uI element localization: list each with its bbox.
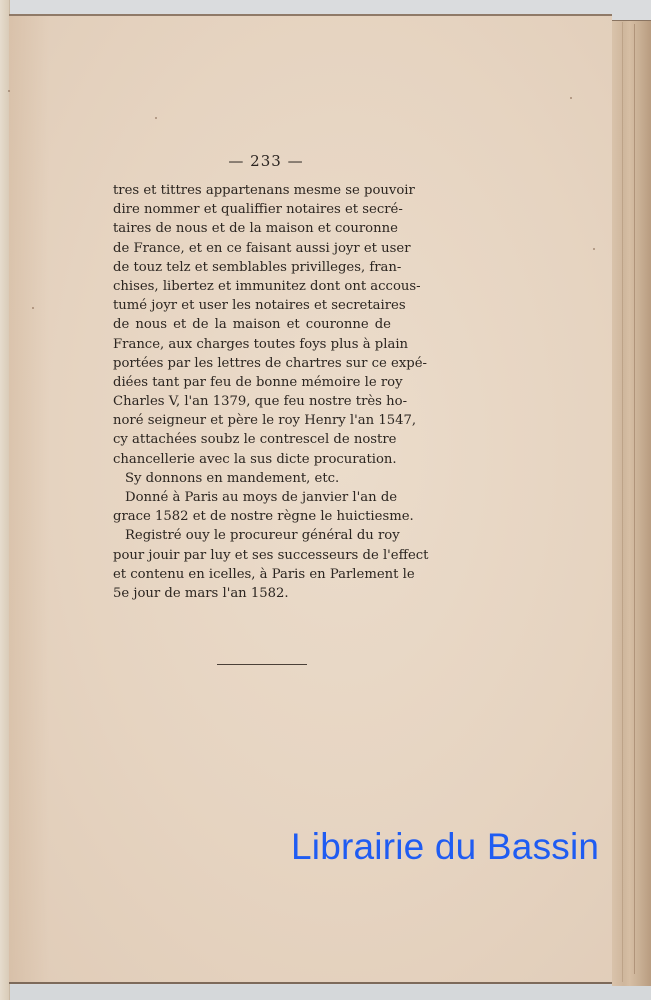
text-line: Sy donnons en mandement, etc. — [113, 469, 391, 488]
text-line: tumé joyr et user les notaires et secret… — [113, 296, 391, 315]
text-line: Charles V, l'an 1379, que feu nostre trè… — [113, 392, 391, 411]
page-stack-line — [634, 24, 635, 974]
page-number: — 233 — — [0, 152, 532, 170]
watermark-text: Librairie du Bassin — [291, 826, 599, 868]
page-stack-line — [622, 22, 623, 982]
paper-speck — [32, 307, 34, 309]
text-line: Registré ouy le procureur général du roy — [113, 526, 391, 545]
paper-speck — [8, 90, 10, 92]
page-stack-edges — [612, 20, 651, 986]
text-line: noré seigneur et père le roy Henry l'an … — [113, 411, 391, 430]
section-divider-rule — [217, 664, 307, 665]
text-line: de nous et de la maison et couronne de — [113, 315, 391, 334]
paper-speck — [155, 117, 157, 119]
text-line: cy attachées soubz le contrescel de nost… — [113, 430, 391, 449]
text-line: portées par les lettres de chartres sur … — [113, 354, 391, 373]
page-body-text: tres et tittres appartenans mesme se pou… — [113, 181, 391, 603]
text-line: pour jouir par luy et ses successeurs de… — [113, 546, 391, 565]
text-line: de touz telz et semblables privilleges, … — [113, 258, 391, 277]
text-line: de France, et en ce faisant aussi joyr e… — [113, 239, 391, 258]
text-line: 5e jour de mars l'an 1582. — [113, 584, 391, 603]
text-line: Donné à Paris au moys de janvier l'an de — [113, 488, 391, 507]
text-line: France, aux charges toutes foys plus à p… — [113, 335, 391, 354]
text-line: chises, libertez et immunitez dont ont a… — [113, 277, 391, 296]
background-bottom — [0, 985, 651, 1000]
text-line: et contenu en icelles, à Paris en Parlem… — [113, 565, 391, 584]
text-line: tres et tittres appartenans mesme se pou… — [113, 181, 391, 200]
text-line: grace 1582 et de nostre règne le huictie… — [113, 507, 391, 526]
text-line: dire nommer et qualiffier notaires et se… — [113, 200, 391, 219]
text-line: taires de nous et de la maison et couron… — [113, 219, 391, 238]
text-line: chancellerie avec la sus dicte procurati… — [113, 450, 391, 469]
paper-speck — [593, 248, 595, 250]
text-line: diées tant par feu de bonne mémoire le r… — [113, 373, 391, 392]
paper-speck — [570, 97, 572, 99]
